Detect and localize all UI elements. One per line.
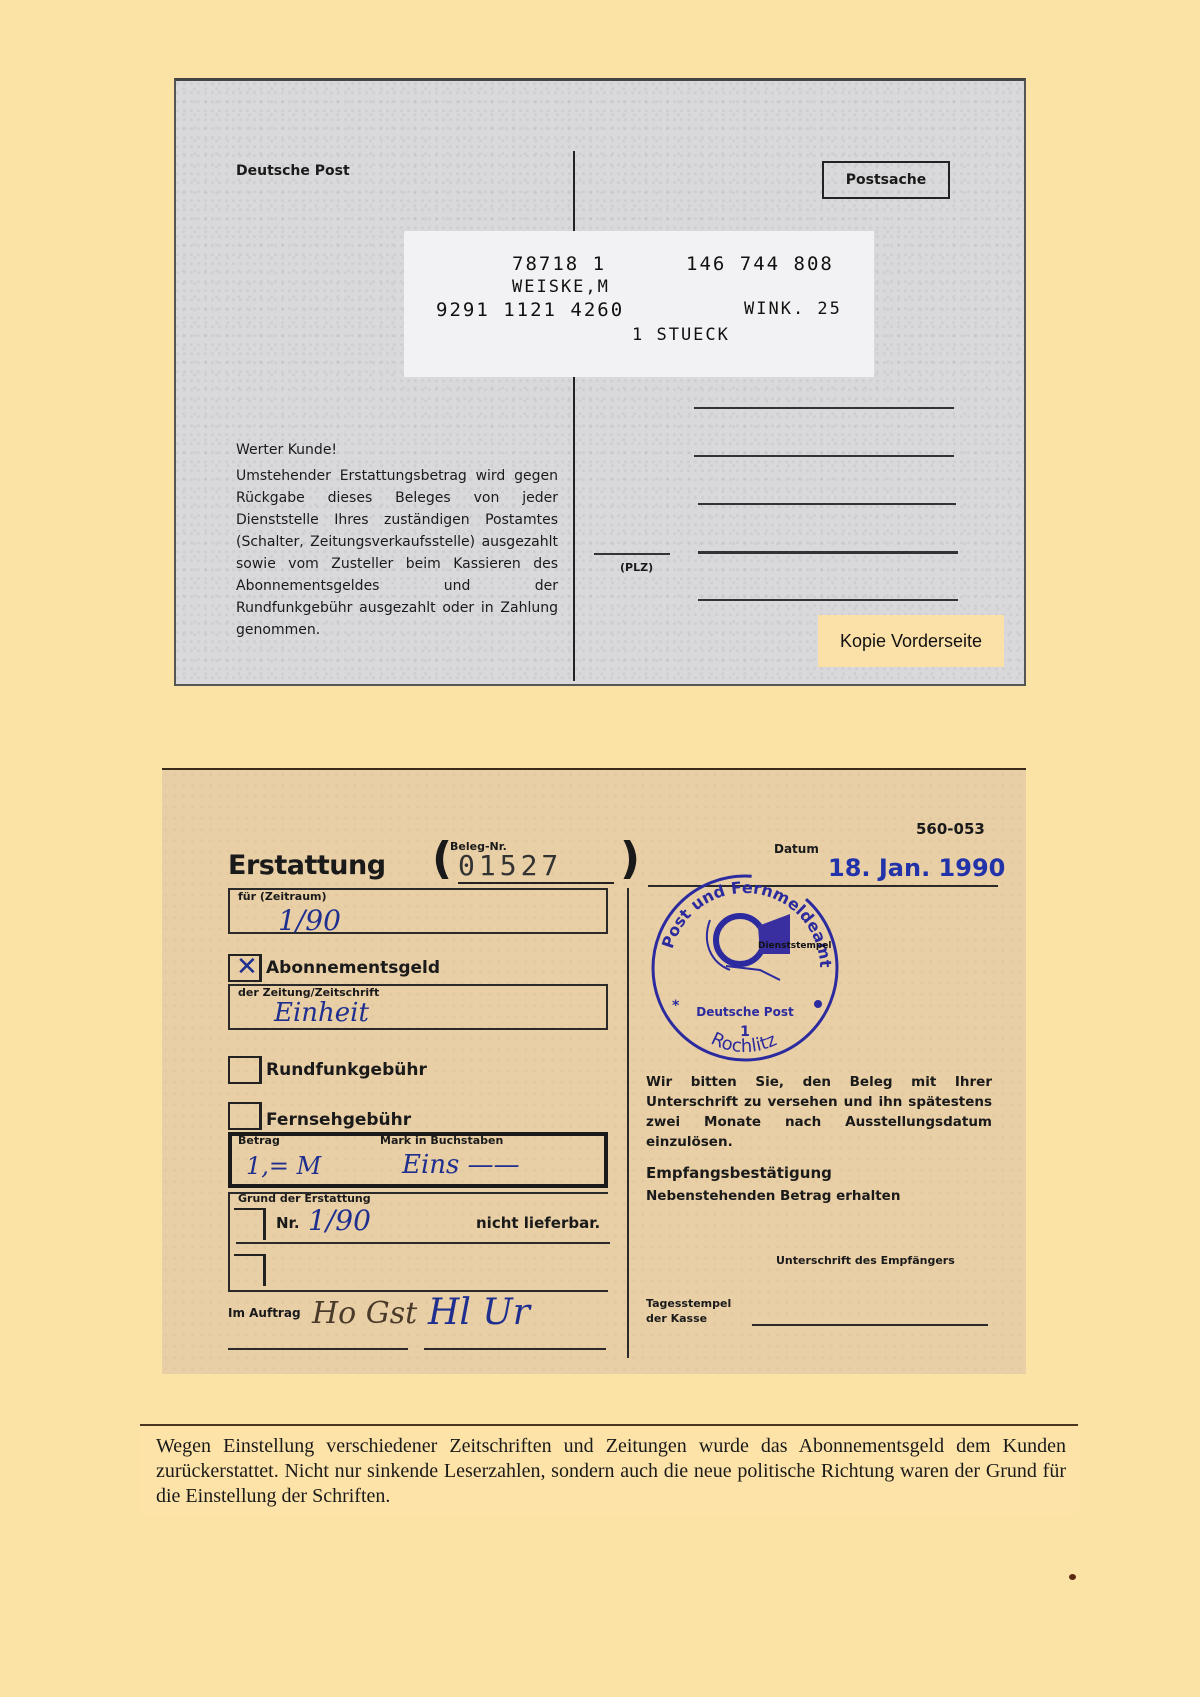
- checkbox-row-radio[interactable]: Rundfunkgebühr: [228, 1056, 427, 1084]
- copy-tag-label: Kopie Vorderseite: [840, 631, 982, 652]
- postage-box: Postsache: [822, 161, 950, 199]
- by-order-label: Im Auftrag: [228, 1306, 301, 1320]
- day-stamp-label-1: Tagesstempel: [646, 1296, 731, 1311]
- reason-checkbox-1[interactable]: [234, 1208, 266, 1240]
- radio-fee-checkbox[interactable]: [228, 1056, 262, 1084]
- post-horn-stamp-icon: Post und Fernmeldeamt * Deutsche Post 1 …: [640, 858, 850, 1068]
- official-post-stamp: Post und Fernmeldeamt * Deutsche Post 1 …: [640, 858, 840, 1058]
- address-label: 78718 1 146 744 808 WEISKE,M 9291 1121 4…: [404, 231, 874, 377]
- refund-form-card: 560-053 Erstattung ( Beleg-Nr. 01527 ) f…: [162, 768, 1026, 1374]
- address-line-2: [694, 455, 954, 457]
- reason-prefix: Nr.: [276, 1214, 300, 1232]
- copy-tag: Kopie Vorderseite: [818, 615, 1004, 667]
- stamp-overlay-label: Dienststempel: [758, 941, 832, 951]
- amount-words-value: Eins ——: [402, 1150, 520, 1180]
- signature-official: Hl Ur: [428, 1292, 530, 1333]
- reason-divider: [236, 1242, 610, 1244]
- tv-fee-checkbox[interactable]: [228, 1102, 262, 1130]
- reason-value: 1/90: [308, 1204, 371, 1237]
- address-line-4: [698, 551, 958, 554]
- label-account-no: 146 744 808: [686, 253, 834, 275]
- caption-box: Wegen Einstellung verschiedener Zeitschr…: [140, 1424, 1078, 1516]
- stamp-center-text: Deutsche Post: [696, 1005, 794, 1019]
- reason-suffix: nicht lieferbar.: [476, 1214, 600, 1232]
- newspaper-field: der Zeitung/Zeitschrift Einheit: [228, 984, 608, 1030]
- subscription-label: Abonnementsgeld: [266, 958, 440, 978]
- receipt-text: Nebenstehenden Betrag erhalten: [646, 1186, 900, 1206]
- address-line-3: [698, 503, 956, 505]
- date-stamp: 18. Jan. 1990: [828, 854, 1005, 882]
- address-line-5: [698, 599, 958, 601]
- label-quantity: 1 STUECK: [632, 325, 730, 345]
- label-street: WINK. 25: [744, 299, 842, 319]
- checkbox-row-subscription[interactable]: ✕ Abonnementsgeld: [228, 954, 440, 982]
- label-codes: 9291 1121 4260: [436, 299, 624, 321]
- label-customer-no: 78718 1: [512, 253, 606, 275]
- recipient-signature-label: Unterschrift des Empfängers: [776, 1254, 955, 1267]
- caption-text: Wegen Einstellung verschiedener Zeitschr…: [156, 1434, 1066, 1509]
- form-title: Erstattung: [228, 850, 386, 881]
- amount-field: Betrag Mark in Buchstaben 1,= M Eins ——: [228, 1132, 608, 1188]
- recipient-signature-line: [752, 1324, 988, 1326]
- beleg-number: 01527: [458, 850, 614, 884]
- signature-line-2: [424, 1348, 606, 1350]
- plz-label: (PLZ): [620, 561, 653, 574]
- column-divider: [627, 888, 629, 1358]
- radio-fee-label: Rundfunkgebühr: [266, 1060, 427, 1080]
- reason-field: Grund der Erstattung Nr. 1/90 nicht lief…: [228, 1192, 608, 1292]
- checkbox-row-tv[interactable]: Fernsehgebühr: [228, 1102, 411, 1130]
- form-number: 560-053: [916, 820, 985, 838]
- svg-text:Post und Fernmeldeamt: Post und Fernmeldeamt: [658, 878, 835, 969]
- postcard-front-copy: Deutsche Post Postsache 78718 1 146 744 …: [174, 78, 1026, 686]
- label-name: WEISKE,M: [512, 277, 610, 297]
- day-stamp-label: Tagesstempel der Kasse: [646, 1296, 731, 1326]
- receipt-title: Empfangsbestätigung: [646, 1164, 832, 1182]
- date-label: Datum: [774, 842, 819, 856]
- amount-words-label: Mark in Buchstaben: [380, 1134, 503, 1147]
- reason-checkbox-2[interactable]: [234, 1254, 266, 1286]
- period-label: für (Zeitraum): [238, 890, 327, 903]
- customer-notice: Werter Kunde! Umstehender Erstattungsbet…: [236, 439, 558, 641]
- paper-speck: [1069, 1574, 1076, 1580]
- period-field: für (Zeitraum) 1/90: [228, 888, 608, 934]
- paren-close: ): [620, 834, 640, 884]
- tv-fee-label: Fernsehgebühr: [266, 1110, 411, 1130]
- svg-text:*: *: [672, 998, 680, 1014]
- postage-box-label: Postsache: [846, 172, 926, 188]
- amount-value: 1,= M: [246, 1152, 321, 1180]
- newspaper-value: Einheit: [274, 998, 369, 1028]
- sender-label: Deutsche Post: [236, 163, 350, 179]
- notice-greeting: Werter Kunde!: [236, 439, 558, 461]
- day-stamp-label-2: der Kasse: [646, 1311, 731, 1326]
- subscription-checkbox[interactable]: ✕: [228, 954, 262, 982]
- instruction-text: Wir bitten Sie, den Beleg mit Ihrer Unte…: [646, 1072, 992, 1152]
- notice-body: Umstehender Erstattungsbetrag wird gegen…: [236, 465, 558, 641]
- amount-label: Betrag: [238, 1134, 280, 1147]
- address-line-1: [694, 407, 954, 409]
- signature-line-1: [228, 1348, 408, 1350]
- signature-clerk: Ho Gst: [312, 1296, 417, 1331]
- plz-line: [594, 553, 670, 555]
- check-mark-icon: ✕: [236, 952, 258, 982]
- period-value: 1/90: [278, 904, 341, 937]
